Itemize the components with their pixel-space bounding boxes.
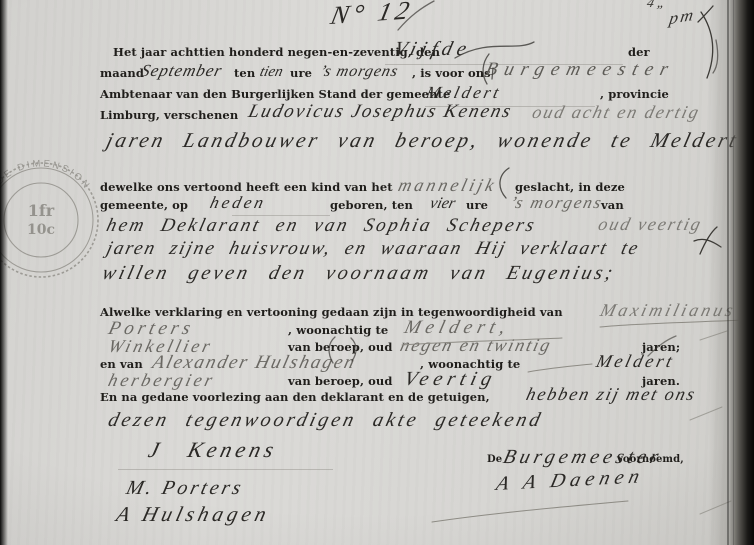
intro-line1-printed: Het jaar achttien honderd negen-en-zeven… — [113, 46, 440, 59]
child-name-handwritten: willen geven den voornaam van Eugenius; — [100, 262, 618, 284]
stamp-value-sub: 10c — [27, 222, 55, 238]
signature-underline — [118, 469, 333, 470]
birth-hour-handwritten: vier — [428, 195, 457, 213]
parents-handwritten: hem Deklarant en van Sophia Schepers — [104, 216, 538, 237]
mother-age-handwritten: oud veertig — [596, 215, 704, 235]
stamp-value-main: 1fr — [28, 201, 55, 220]
intro-daypart-handwritten: ’s morgens — [318, 63, 400, 81]
intro-line4-printed: Limburg, verschenen — [100, 109, 238, 122]
intro-line1-printed-der: der — [628, 46, 650, 59]
intro-line3-printed: Ambtenaar van den Burgerlijken Stand der… — [100, 88, 450, 101]
fiscal-stamp: TIMBRE DE DIMENSION 1fr 10c — [0, 150, 116, 300]
intro-day-handwritten: Vijfde — [392, 38, 474, 60]
intro-month-handwritten: September — [139, 62, 224, 81]
declarant-occupation-handwritten: jaren Landbouwer van beroep, wonende te … — [104, 129, 741, 152]
mayor-line-de: De — [487, 454, 502, 465]
intro-municipality-handwritten: Meldert — [424, 84, 503, 103]
declarant-age-handwritten: oud acht en dertig — [530, 103, 702, 123]
scanned-birth-certificate: N° 12 4 „ pm Het jaar achttien honderd n… — [0, 0, 754, 545]
intro-official-handwritten: Burgemeester — [483, 60, 677, 81]
intro-line2-isvoorons: , is voor ons — [412, 67, 491, 80]
binding-streak — [733, 0, 734, 545]
intro-line3-provincie: , provincie — [600, 88, 669, 101]
closing-printed: En na gedane voorlezing aan den deklaran… — [100, 391, 490, 404]
declarant-signature: J Kenens — [146, 438, 280, 462]
mother-status-handwritten: jaren zijne huisvrouw, en waaraan Hij ve… — [104, 239, 642, 260]
witness1-age-handwritten: negen en twintig — [398, 336, 554, 356]
witness1-residence-printed: , woonachtig te — [288, 324, 388, 337]
closing-handwritten: hebben zij met ons — [524, 385, 698, 405]
decl-line1-geslacht: geslacht, in deze — [515, 181, 625, 194]
intro-line2-maand: maand — [100, 67, 144, 80]
signed-statement-handwritten: dezen tegenwoordigen akte geteekend — [106, 409, 545, 431]
intro-hour-handwritten: tien — [258, 64, 285, 81]
witness2-envan-printed: en van — [100, 358, 143, 371]
corner-note-scribble: pm — [668, 6, 697, 29]
witness2-occupation-handwritten: herbergier — [106, 371, 217, 391]
birth-date-handwritten: heden — [208, 194, 268, 213]
witness2-place-handwritten: Meldert — [594, 352, 677, 372]
witness2-age-handwritten: Veertig — [402, 368, 499, 390]
decl-line1-printed: dewelke ons vertoond heeft een kind van … — [100, 181, 393, 194]
binding-streak — [727, 0, 729, 545]
decl-line2-ure: ure — [466, 199, 488, 212]
decl-line2-van: van — [601, 199, 624, 212]
intro-line2-ten: ten — [234, 67, 255, 80]
mayor-line-voornoemd: voornoemd, — [617, 454, 684, 465]
declarant-name-handwritten: Ludovicus Josephus Kenens — [246, 102, 514, 123]
decl-line2-geboren: geboren, ten — [330, 199, 413, 212]
intro-line2-ure: ure — [290, 67, 312, 80]
corner-note-number: 4 „ — [645, 0, 667, 11]
page-right-edge — [708, 0, 754, 545]
mayor-signature: A A Daenen — [494, 465, 647, 495]
act-number: N° 12 — [328, 0, 416, 31]
witness2-signature: A Hulshagen — [114, 503, 272, 526]
birth-daypart-handwritten: ’s morgens — [508, 194, 605, 213]
page-left-edge — [0, 0, 8, 545]
child-gender-handwritten: mannelijk — [396, 176, 499, 196]
witness2-age-printed: van beroep, oud — [288, 375, 393, 388]
witness1-signature: M. Porters — [124, 477, 246, 499]
